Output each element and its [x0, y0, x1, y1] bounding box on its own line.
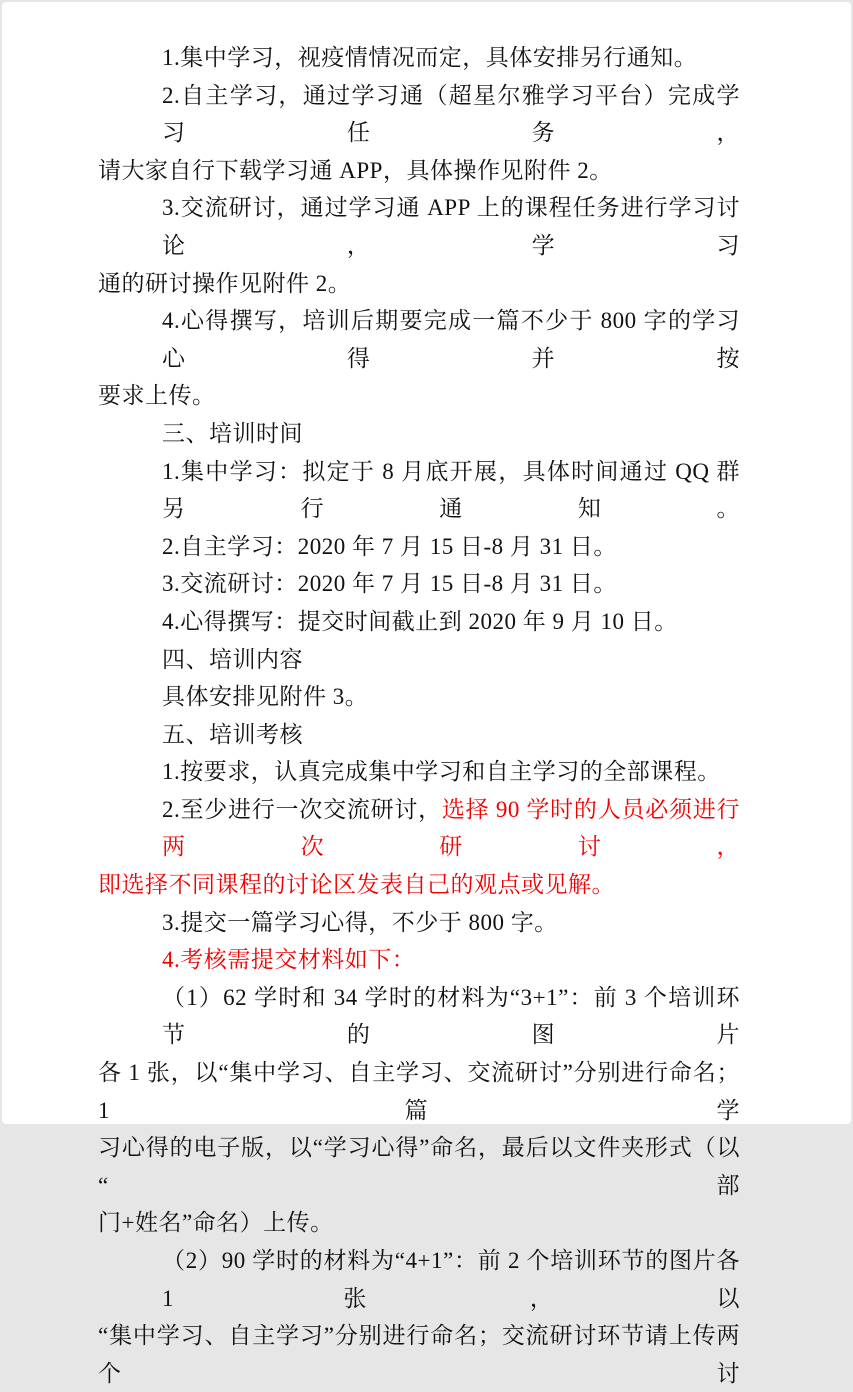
doc-line: 4.心得撰写，培训后期要完成一篇不少于 800 字的学习心得并按 [98, 302, 740, 377]
doc-line: 3.交流研讨：2020 年 7 月 15 日-8 月 31 日。 [98, 565, 740, 603]
doc-line: 要求上传。 [98, 377, 740, 415]
doc-line: 2.自主学习：2020 年 7 月 15 日-8 月 31 日。 [98, 528, 740, 566]
doc-line: 具体安排见附件 3。 [98, 678, 740, 716]
doc-line: 通的研讨操作见附件 2。 [98, 265, 740, 303]
doc-line: （1）62 学时和 34 学时的材料为“3+1”：前 3 个培训环节的图片 [98, 979, 740, 1054]
doc-section-heading: 四、培训内容 [98, 641, 740, 679]
doc-line: 各 1 张，以“集中学习、自主学习、交流研讨”分别进行命名；1 篇学 [98, 1054, 740, 1129]
document-body: 1.集中学习，视疫情情况而定，具体安排另行通知。 2.自主学习，通过学习通（超星… [98, 39, 740, 1132]
doc-line-red: 即选择不同课程的讨论区发表自己的观点或见解。 [98, 866, 740, 904]
doc-line: 1.按要求，认真完成集中学习和自主学习的全部课程。 [98, 753, 740, 791]
doc-line: 4.心得撰写：提交时间截止到 2020 年 9 月 10 日。 [98, 603, 740, 641]
doc-line-red: 4.考核需提交材料如下： [98, 941, 740, 979]
document-page: 1.集中学习，视疫情情况而定，具体安排另行通知。 2.自主学习，通过学习通（超星… [2, 2, 851, 1124]
doc-line: 3.提交一篇学习心得，不少于 800 字。 [98, 904, 740, 942]
doc-line-mixed: 2.至少进行一次交流研讨，选择 90 学时的人员必须进行两次研讨， [98, 791, 740, 866]
doc-line: 1.集中学习，视疫情情况而定，具体安排另行通知。 [98, 39, 740, 77]
doc-line: 请大家自行下载学习通 APP，具体操作见附件 2。 [98, 152, 740, 190]
doc-section-heading: 五、培训考核 [98, 716, 740, 754]
doc-section-heading: 三、培训时间 [98, 415, 740, 453]
doc-text-black: 2.至少进行一次交流研讨， [162, 797, 442, 822]
doc-line: 3.交流研讨，通过学习通 APP 上的课程任务进行学习讨论，学习 [98, 189, 740, 264]
doc-line: 1.集中学习：拟定于 8 月底开展，具体时间通过 QQ 群另行通知。 [98, 453, 740, 528]
doc-line: 2.自主学习，通过学习通（超星尔雅学习平台）完成学习任务， [98, 77, 740, 152]
